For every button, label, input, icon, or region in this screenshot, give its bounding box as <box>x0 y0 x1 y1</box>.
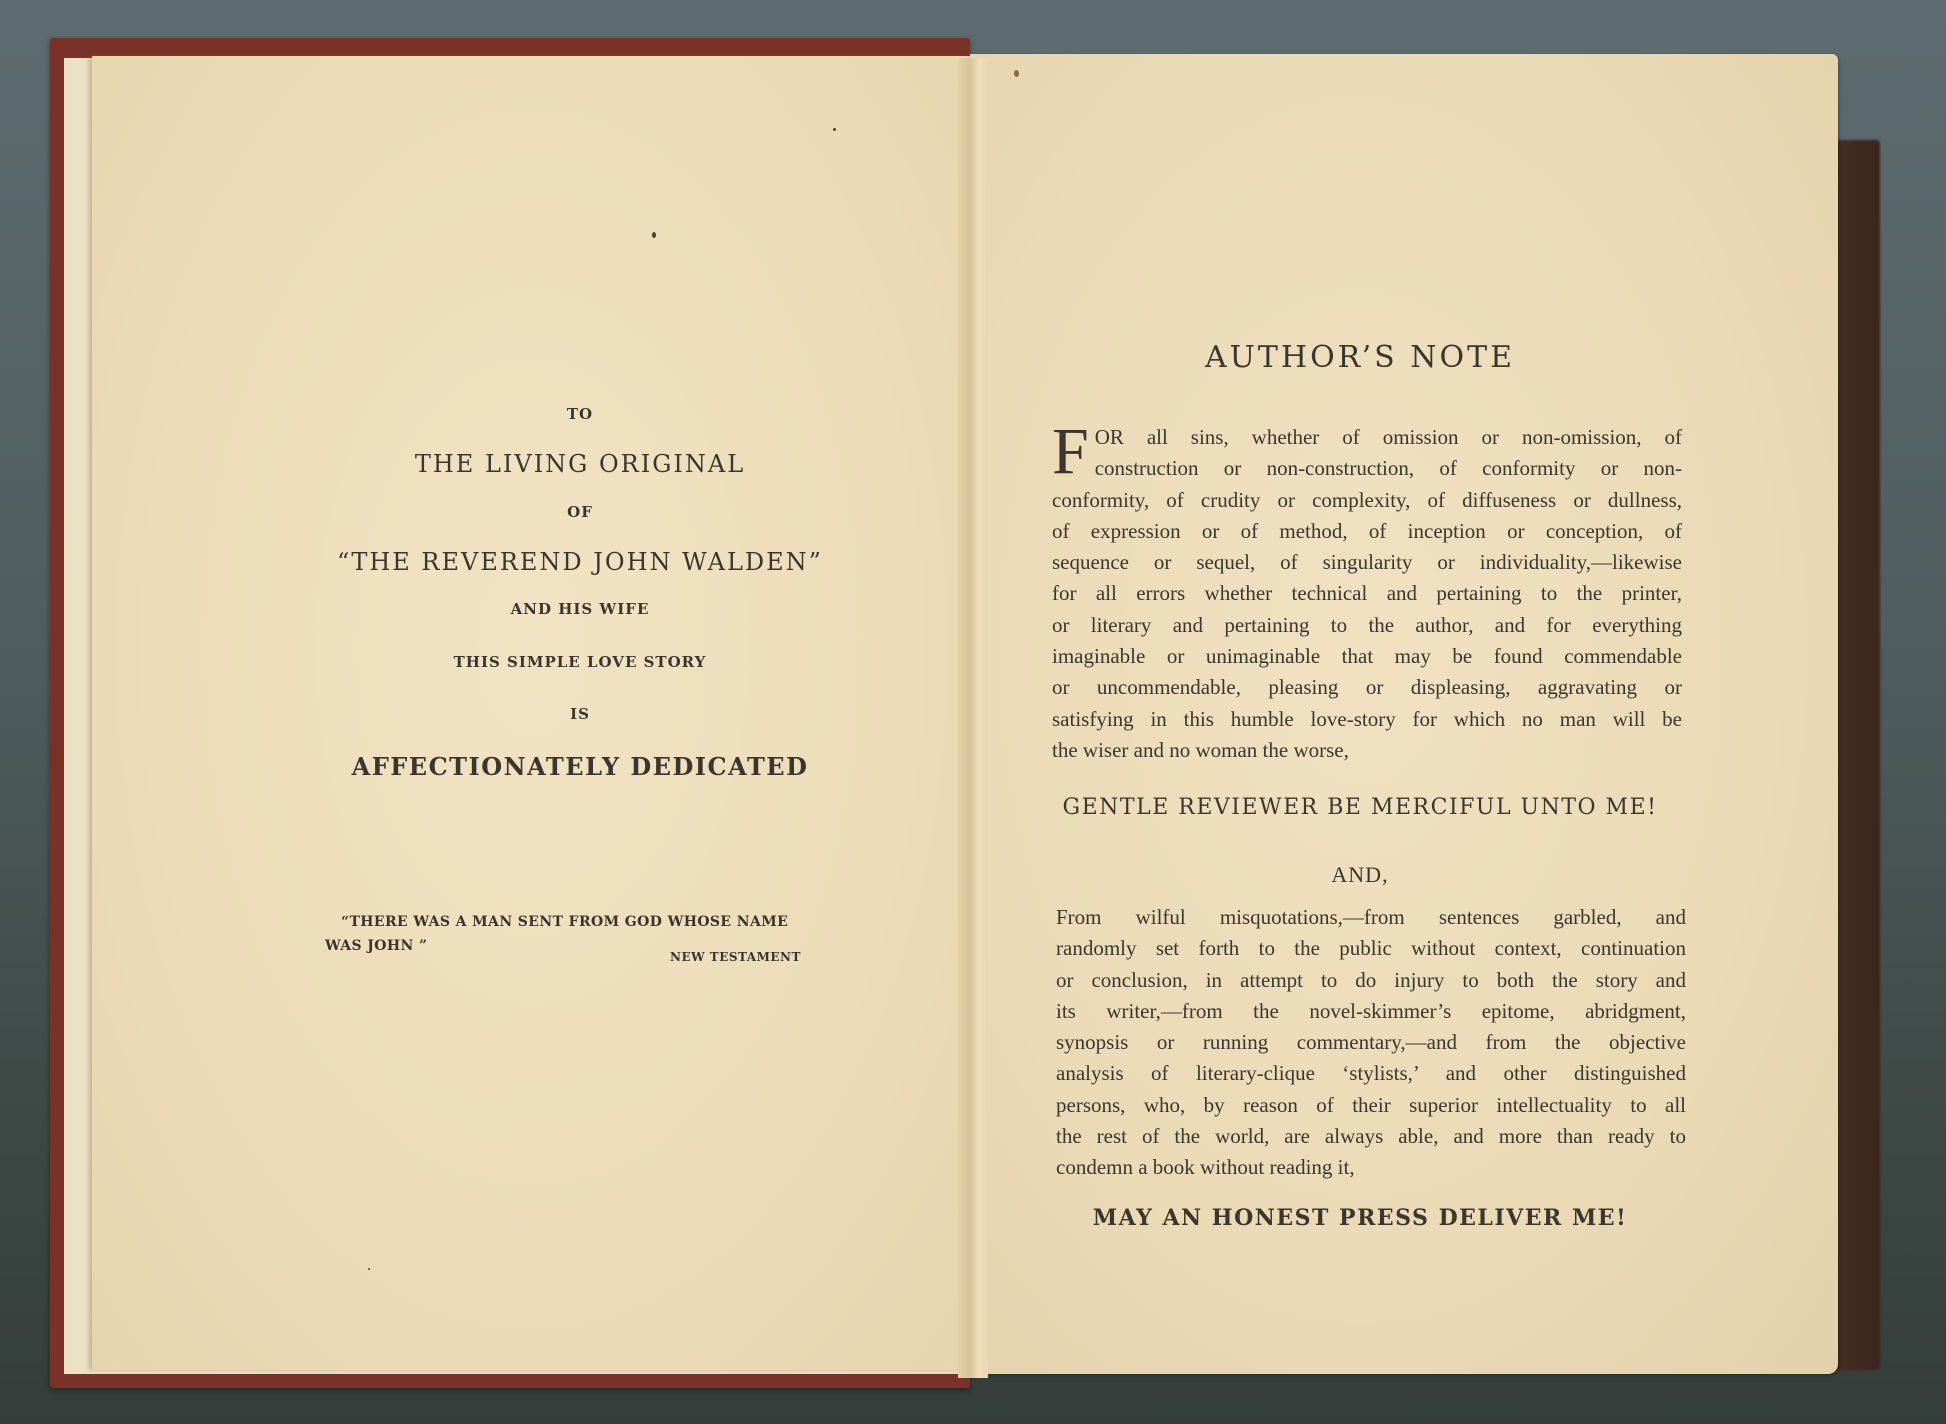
dedication-line-love-story: THIS SIMPLE LOVE STORY <box>300 653 860 671</box>
para1-line: of expression or of method, of inception… <box>1052 516 1682 547</box>
dedication-is: IS <box>300 705 860 723</box>
paper-speck <box>368 1268 370 1270</box>
para2-line: analysis of literary-clique ‘stylists,’ … <box>1056 1058 1686 1089</box>
para1-line: conformity, of crudity or complexity, of… <box>1052 485 1682 516</box>
drop-cap: F <box>1052 426 1089 478</box>
para2-line: synopsis or running commentary,—and from… <box>1056 1027 1686 1058</box>
paper-speck <box>1014 70 1019 77</box>
and-connector: AND, <box>1040 862 1680 888</box>
para2-line: persons, who, by reason of their superio… <box>1056 1090 1686 1121</box>
para1-line: or uncommendable, pleasing or displeasin… <box>1052 672 1682 703</box>
para2-line: or conclusion, in attempt to do injury t… <box>1056 965 1686 996</box>
para2-line: randomly set forth to the public without… <box>1056 933 1686 964</box>
para2-line: its writer,—from the novel-skimmer’s epi… <box>1056 996 1686 1027</box>
para1-line: satisfying in this humble love-story for… <box>1052 704 1682 735</box>
para1-line: for all errors whether technical and per… <box>1052 578 1682 609</box>
plea-gentle-reviewer: GENTLE REVIEWER BE MERCIFUL UNTO ME! <box>1040 795 1680 820</box>
para1-line: or literary and pertaining to the author… <box>1052 610 1682 641</box>
paragraph-sins: F OR all sins, whether of omission or no… <box>1052 422 1682 766</box>
book-gutter <box>958 58 988 1378</box>
dedication-line-wife: AND HIS WIFE <box>300 600 860 618</box>
paragraph-misquotations: From wilful misquotations,—from sentence… <box>1056 902 1686 1184</box>
para1-line: construction or non-construction, of con… <box>1052 453 1682 484</box>
page-title: AUTHOR’S NOTE <box>1040 340 1680 375</box>
para1-line: sequence or sequel, of singularity or in… <box>1052 547 1682 578</box>
paper-speck <box>652 232 656 238</box>
epigraph-line-1: “THERE WAS A MAN SENT FROM GOD WHOSE NAM… <box>325 910 825 934</box>
para1-line: OR all sins, whether of omission or non-… <box>1052 422 1682 453</box>
plea-honest-press: MAY AN HONEST PRESS DELIVER ME! <box>1040 1205 1680 1231</box>
para2-line: From wilful misquotations,—from sentence… <box>1056 902 1686 933</box>
dedication-line-reverend: “THE REVEREND JOHN WALDEN” <box>290 548 870 576</box>
para1-line: the wiser and no woman the worse, <box>1052 735 1682 766</box>
para2-line: condemn a book without reading it, <box>1056 1152 1686 1183</box>
dedication-line-living-original: THE LIVING ORIGINAL <box>300 450 860 478</box>
dedication-of: OF <box>300 503 860 521</box>
paper-speck <box>833 128 836 131</box>
epigraph-source: NEW TESTAMENT <box>670 950 801 964</box>
para1-line: imaginable or unimaginable that may be f… <box>1052 641 1682 672</box>
para2-line: the rest of the world, are always able, … <box>1056 1121 1686 1152</box>
dedication-to: TO <box>300 405 860 423</box>
dedication-line-affectionately: AFFECTIONATELY DEDICATED <box>290 752 870 781</box>
